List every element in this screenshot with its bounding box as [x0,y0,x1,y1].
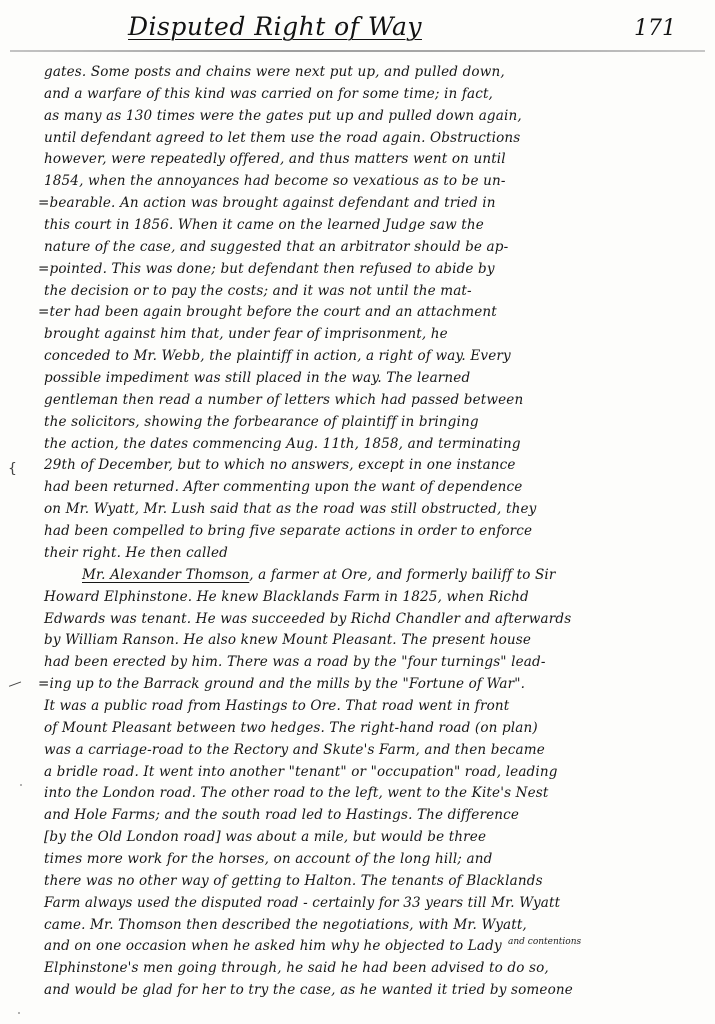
manuscript-line: Elphinstone's men going through, he said… [44,958,549,980]
manuscript-line: and a warfare of this kind was carried o… [44,84,493,106]
witness-line-text: , a farmer at Ore, and formerly bailiff … [249,567,555,583]
manuscript-line: nature of the case, and suggested that a… [44,237,508,259]
manuscript-line: their right. He then called [44,543,228,565]
margin-tick-mark: — [6,674,25,694]
manuscript-line: into the London road. The other road to … [44,783,549,805]
manuscript-line: and Hole Farms; and the south road led t… [44,805,519,827]
manuscript-line: had been erected by him. There was a roa… [44,652,546,674]
manuscript-line: this court in 1856. When it came on the … [44,215,484,237]
manuscript-line: however, were repeatedly offered, and th… [44,149,506,171]
manuscript-line: came. Mr. Thomson then described the neg… [44,915,527,937]
manuscript-line: until defendant agreed to let them use t… [44,128,520,150]
margin-bracket-mark: { [8,461,17,477]
manuscript-line: of Mount Pleasant between two hedges. Th… [44,718,538,740]
manuscript-line: 1854, when the annoyances had become so … [44,171,506,193]
manuscript-line: the decision or to pay the costs; and it… [44,281,472,303]
manuscript-page: Disputed Right of Way 171 gates. Some po… [0,0,715,1024]
manuscript-line: =pointed. This was done; but defendant t… [38,259,495,281]
interlinear-insertion: and contentions [508,937,581,947]
manuscript-line: Farm always used the disputed road - cer… [44,893,560,915]
paper-speck [340,24,342,26]
manuscript-line: there was no other way of getting to Hal… [44,871,543,893]
manuscript-line: possible impediment was still placed in … [44,368,470,390]
manuscript-line: 29th of December, but to which no answer… [44,455,516,477]
witness-name: Mr. Alexander Thomson [82,567,249,583]
page-title: Disputed Right of Way [128,12,422,41]
manuscript-line: by William Ranson. He also knew Mount Pl… [44,630,531,652]
header-rule [10,50,705,52]
manuscript-line: had been compelled to bring five separat… [44,521,532,543]
manuscript-line: gates. Some posts and chains were next p… [44,62,505,84]
manuscript-line: as many as 130 times were the gates put … [44,106,522,128]
manuscript-line: It was a public road from Hastings to Or… [44,696,509,718]
manuscript-line: Edwards was tenant. He was succeeded by … [44,609,571,631]
manuscript-line: was a carriage-road to the Rectory and S… [44,740,545,762]
manuscript-line: =bearable. An action was brought against… [38,193,496,215]
manuscript-line: =ter had been again brought before the c… [38,302,497,324]
paper-speck [18,1012,20,1014]
manuscript-line: brought against him that, under fear of … [44,324,448,346]
manuscript-line: a bridle road. It went into another "ten… [44,762,558,784]
manuscript-line: the action, the dates commencing Aug. 11… [44,434,521,456]
manuscript-line: had been returned. After commenting upon… [44,477,522,499]
page-number: 171 [634,16,676,41]
manuscript-line: =ing up to the Barrack ground and the mi… [38,674,525,696]
manuscript-line: gentleman then read a number of letters … [44,390,523,412]
manuscript-line: and on one occasion when he asked him wh… [44,936,502,958]
manuscript-line: on Mr. Wyatt, Mr. Lush said that as the … [44,499,536,521]
manuscript-line: Howard Elphinstone. He knew Blacklands F… [44,587,529,609]
manuscript-line: [by the Old London road] was about a mil… [44,827,486,849]
manuscript-line: times more work for the horses, on accou… [44,849,492,871]
manuscript-line: and would be glad for her to try the cas… [44,980,573,1002]
page-header: Disputed Right of Way 171 [0,0,715,56]
manuscript-line: the solicitors, showing the forbearance … [44,412,479,434]
manuscript-line: Mr. Alexander Thomson, a farmer at Ore, … [82,565,556,587]
paper-speck [20,784,22,786]
manuscript-line: conceded to Mr. Webb, the plaintiff in a… [44,346,511,368]
